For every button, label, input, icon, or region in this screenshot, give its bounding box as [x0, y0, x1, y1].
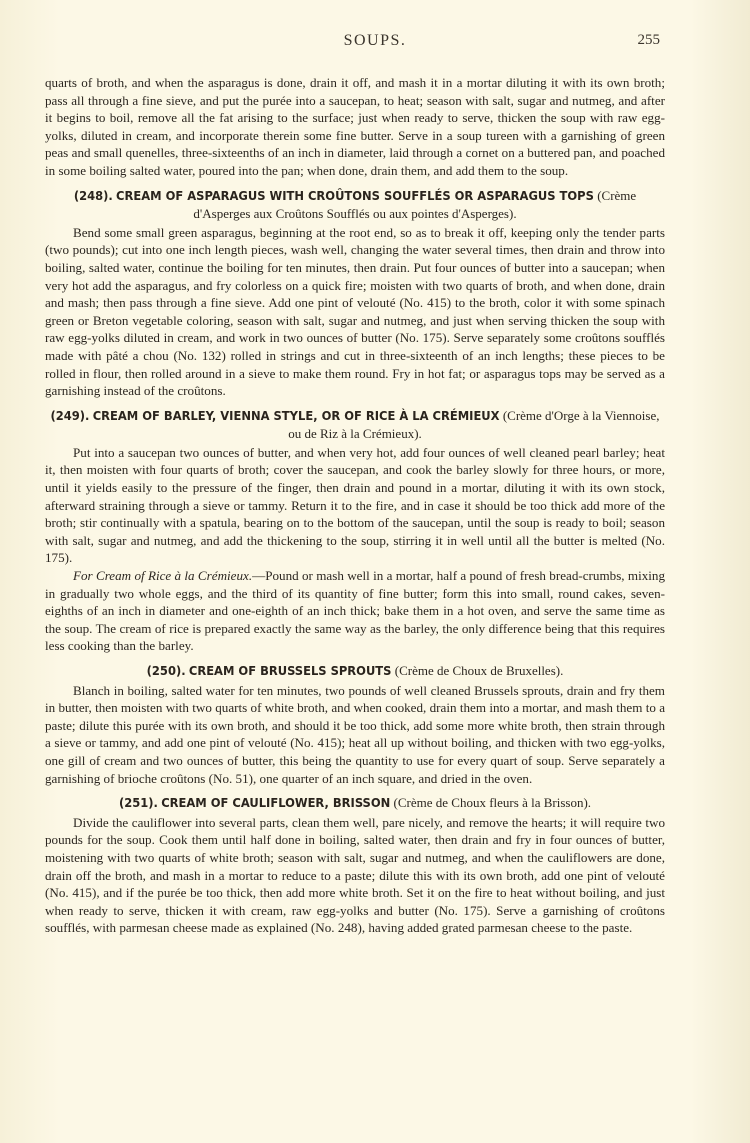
recipe-paragraph: Bend some small green asparagus, beginni… — [45, 224, 665, 400]
page-body: quarts of broth, and when the asparagus … — [45, 74, 665, 937]
recipe-number: (251). — [119, 796, 158, 811]
recipe-french-title: (Crème de Choux fleurs à la Brisson). — [394, 795, 591, 810]
recipe-paragraph: Put into a saucepan two ounces of butter… — [45, 444, 665, 567]
recipe-heading-251: (251). CREAM OF CAULIFLOWER, BRISSON (Cr… — [45, 794, 665, 813]
continuation-paragraph: quarts of broth, and when the asparagus … — [45, 74, 665, 180]
page-number: 255 — [638, 32, 661, 49]
recipe-number: (248). — [74, 189, 113, 204]
variant-label: For Cream of Rice à la Crémieux. — [73, 568, 252, 583]
recipe-heading-248: (248). CREAM OF ASPARAGUS WITH CROÛTONS … — [45, 187, 665, 223]
recipe-title: CREAM OF BRUSSELS SPROUTS — [189, 664, 392, 679]
recipe-heading-249: (249). CREAM OF BARLEY, VIENNA STYLE, OR… — [45, 407, 665, 443]
recipe-number: (249). — [50, 409, 89, 424]
recipe-heading-250: (250). CREAM OF BRUSSELS SPROUTS (Crème … — [45, 662, 665, 681]
recipe-paragraph: Blanch in boiling, salted water for ten … — [45, 682, 665, 788]
recipe-french-title: (Crème de Choux de Bruxelles). — [395, 663, 564, 678]
book-page: SOUPS. 255 quarts of broth, and when the… — [0, 0, 750, 1143]
recipe-title: CREAM OF ASPARAGUS WITH CROÛTONS SOUFFLÉ… — [116, 189, 594, 204]
recipe-title: CREAM OF CAULIFLOWER, BRISSON — [161, 796, 390, 811]
recipe-paragraph: Divide the cauliflower into several part… — [45, 814, 665, 937]
running-head: SOUPS. 255 — [0, 32, 750, 54]
recipe-title: CREAM OF BARLEY, VIENNA STYLE, OR OF RIC… — [93, 409, 500, 424]
recipe-number: (250). — [147, 664, 186, 679]
recipe-variant-paragraph: For Cream of Rice à la Crémieux.—Pound o… — [45, 567, 665, 655]
